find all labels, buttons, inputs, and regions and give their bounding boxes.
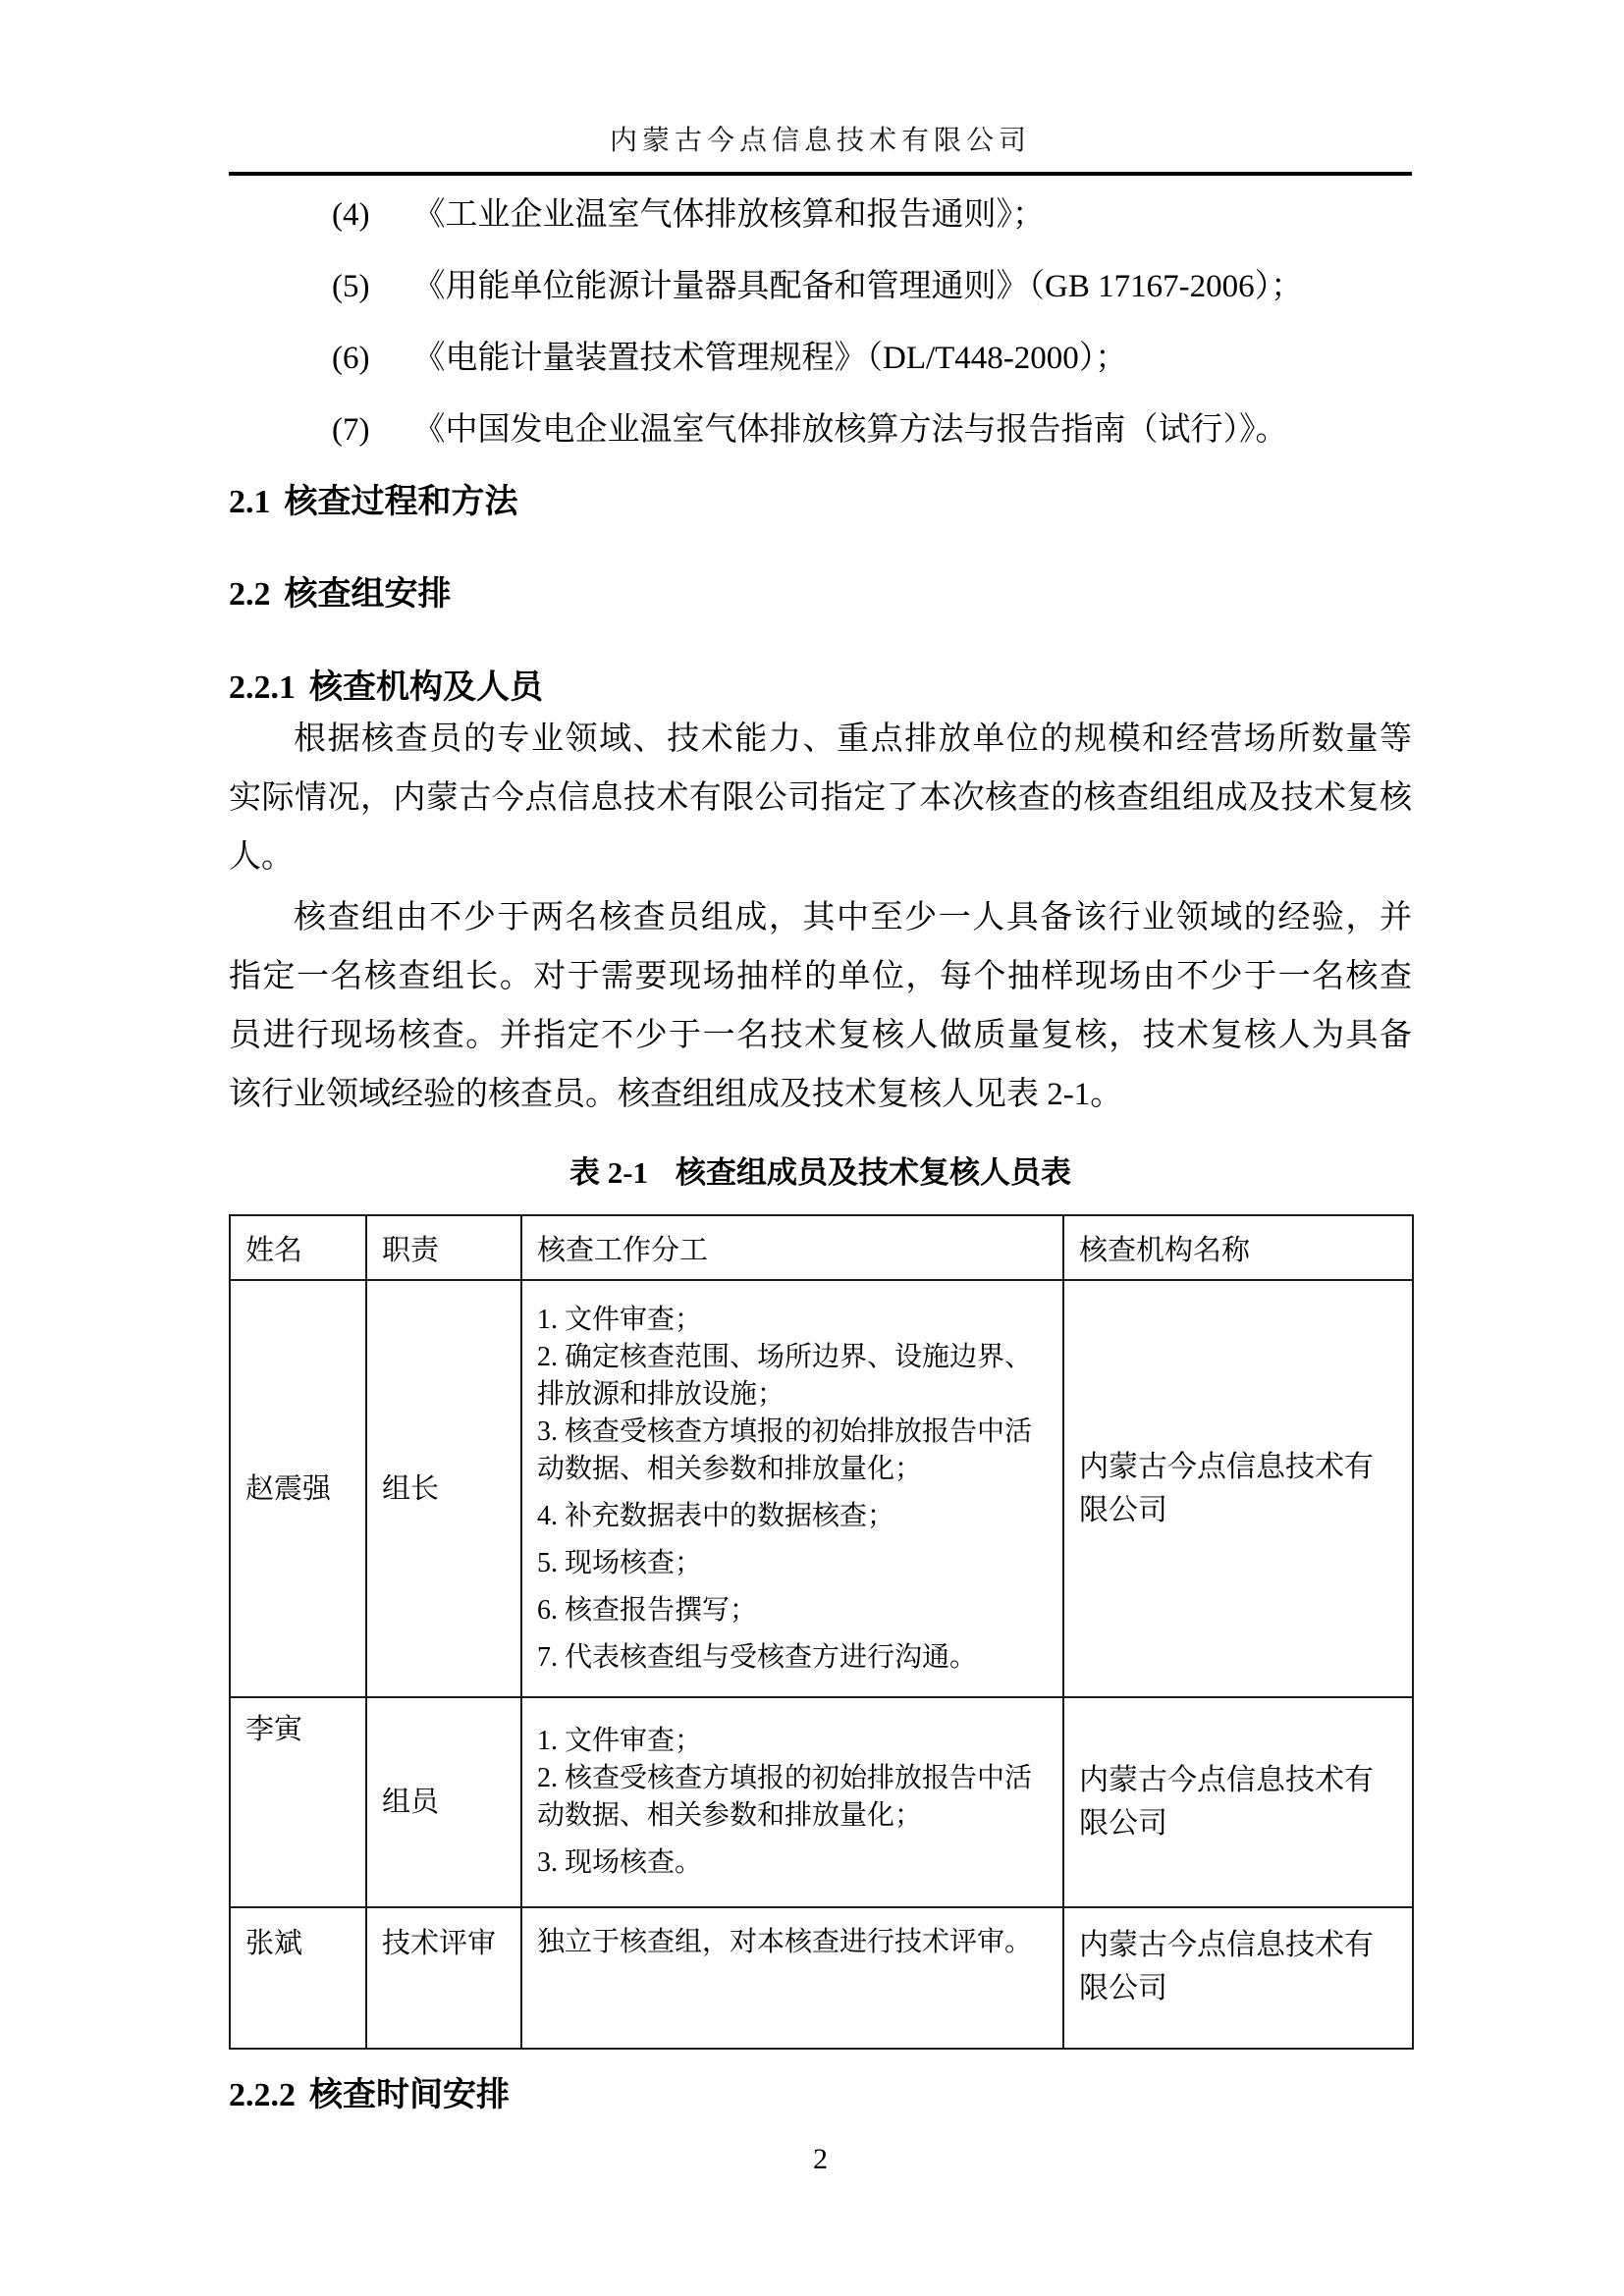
paragraph-line: 该行业领域经验的核查员。核查组组成及技术复核人见表 2-1。 (229, 1065, 1412, 1124)
paragraph-1: 根据核查员的专业领域、技术能力、重点排放单位的规模和经营场所数量等 实际情况，内… (229, 710, 1412, 886)
section-heading-2-2-2: 2.2.2核查时间安排 (229, 2073, 1412, 2117)
reference-item-text: 《电能计量装置技术管理规程》（DL/T448-2000）； (412, 341, 1127, 376)
duty-item: 7. 代表核查组与受核查方进行沟通。 (537, 1639, 1048, 1677)
reference-item-number: (7) (332, 412, 369, 448)
member-org-cell: 内蒙古今点信息技术有限公司 (1063, 1907, 1413, 2049)
member-role-cell: 组长 (366, 1280, 521, 1697)
document-header-company: 内蒙古今点信息技术有限公司 (229, 122, 1412, 161)
member-name: 赵震强 (245, 1469, 351, 1509)
heading-number: 2.2.1 (229, 669, 296, 706)
member-name-cell: 李寅 (230, 1697, 366, 1907)
column-header-name: 姓名 (230, 1215, 366, 1280)
member-org-cell: 内蒙古今点信息技术有限公司 (1063, 1697, 1413, 1907)
member-org: 内蒙古今点信息技术有限公司 (1079, 1924, 1397, 2010)
reference-item-text: 《用能单位能源计量器具配备和管理通则》（GB 17167-2006）； (412, 269, 1303, 304)
page-content: 内蒙古今点信息技术有限公司 (4)《工业企业温室气体排放核算和报告通则》； (5… (229, 0, 1412, 2181)
table-row: 赵震强 组长 1. 文件审查； 2. 确定核查范围、场所边界、设施边界、排放源和… (230, 1280, 1413, 1697)
table-row: 李寅 组员 1. 文件审查； 2. 核查受核查方填报的初始排放报告中活动数据、相… (230, 1697, 1413, 1907)
paragraph-line: 员进行现场核查。并指定不少于一名技术复核人做质量复核，技术复核人为具备 (229, 1006, 1412, 1065)
reference-item: (4)《工业企业温室气体排放核算和报告通则》； (229, 193, 1412, 237)
table-row: 张斌 技术评审 独立于核查组，对本核查进行技术评审。 内蒙古今点信息技术有限公司 (230, 1907, 1413, 2049)
member-name-cell: 张斌 (230, 1907, 366, 2049)
verification-team-table: 姓名 职责 核查工作分工 核查机构名称 赵震强 组长 1. 文件审查； (229, 1214, 1414, 2050)
duty-item: 2. 确定核查范围、场所边界、设施边界、排放源和排放设施； (537, 1339, 1048, 1414)
paragraph-line: 人。 (229, 828, 1412, 886)
heading-text: 核查组安排 (285, 575, 452, 613)
reference-item-text: 《中国发电企业温室气体排放核算方法与报告指南（试行）》。 (412, 412, 1287, 448)
paragraph-line: 指定一名核查组长。对于需要现场抽样的单位，每个抽样现场由不少于一名核查 (229, 947, 1412, 1006)
member-role: 组长 (382, 1469, 506, 1509)
member-role: 组员 (382, 1783, 506, 1822)
duty-item: 3. 核查受核查方填报的初始排放报告中活动数据、相关参数和排放量化； (537, 1414, 1048, 1488)
duty-item: 6. 核查报告撰写； (537, 1592, 1048, 1629)
section-heading-2-2: 2.2核查组安排 (229, 572, 1412, 616)
member-duties-cell: 1. 文件审查； 2. 确定核查范围、场所边界、设施边界、排放源和排放设施； 3… (521, 1280, 1063, 1697)
reference-item: (7)《中国发电企业温室气体排放核算方法与报告指南（试行）》。 (229, 408, 1412, 452)
reference-item-text: 《工业企业温室气体排放核算和报告通则》； (412, 197, 1045, 233)
member-role-cell: 技术评审 (366, 1907, 521, 2049)
table-caption-text: 核查组成员及技术复核人员表 (676, 1155, 1071, 1190)
duty-item: 1. 文件审查； (537, 1302, 1048, 1339)
paragraph-line: 实际情况，内蒙古今点信息技术有限公司指定了本次核查的核查组组成及技术复核 (229, 769, 1412, 828)
member-name-cell: 赵震强 (230, 1280, 366, 1697)
table-caption-number: 表 2-1 (569, 1155, 648, 1190)
section-heading-2-1: 2.1核查过程和方法 (229, 480, 1412, 524)
reference-item-number: (6) (332, 341, 369, 376)
paragraph-line: 核查组由不少于两名核查员组成，其中至少一人具备该行业领域的经验，并 (229, 888, 1412, 947)
member-duties-cell: 独立于核查组，对本核查进行技术评审。 (521, 1907, 1063, 2049)
column-header-role: 职责 (366, 1215, 521, 1280)
heading-text: 核查机构及人员 (309, 668, 543, 706)
reference-list: (4)《工业企业温室气体排放核算和报告通则》； (5)《用能单位能源计量器具配备… (229, 193, 1412, 452)
table-header-row: 姓名 职责 核查工作分工 核查机构名称 (230, 1215, 1413, 1280)
heading-text: 核查过程和方法 (285, 483, 518, 520)
table-caption: 表 2-1核查组成员及技术复核人员表 (229, 1151, 1412, 1195)
paragraph-line: 根据核查员的专业领域、技术能力、重点排放单位的规模和经营场所数量等 (229, 710, 1412, 769)
column-header-duty: 核查工作分工 (521, 1215, 1063, 1280)
column-header-org: 核查机构名称 (1063, 1215, 1413, 1280)
duty-item: 1. 文件审查； (537, 1723, 1048, 1760)
reference-item: (5)《用能单位能源计量器具配备和管理通则》（GB 17167-2006）； (229, 265, 1412, 308)
member-role: 技术评审 (382, 1924, 506, 1963)
reference-item-number: (5) (332, 269, 369, 304)
member-name: 张斌 (245, 1924, 351, 1963)
member-org-cell: 内蒙古今点信息技术有限公司 (1063, 1280, 1413, 1697)
page-number: 2 (229, 2138, 1412, 2181)
heading-number: 2.2.2 (229, 2077, 296, 2113)
member-org: 内蒙古今点信息技术有限公司 (1079, 1759, 1397, 1845)
duty-item: 独立于核查组，对本核查进行技术评审。 (537, 1924, 1048, 1961)
duty-item: 3. 现场核查。 (537, 1844, 1048, 1882)
reference-item-number: (4) (332, 197, 369, 233)
section-heading-2-2-1: 2.2.1核查机构及人员 (229, 666, 1412, 710)
heading-text: 核查时间安排 (309, 2076, 510, 2113)
member-org: 内蒙古今点信息技术有限公司 (1079, 1446, 1397, 1532)
member-role-cell: 组员 (366, 1697, 521, 1907)
duty-item: 4. 补充数据表中的数据核查； (537, 1498, 1048, 1535)
duty-item: 2. 核查受核查方填报的初始排放报告中活动数据、相关参数和排放量化； (537, 1760, 1048, 1835)
reference-item: (6)《电能计量装置技术管理规程》（DL/T448-2000）； (229, 337, 1412, 380)
member-duties-cell: 1. 文件审查； 2. 核查受核查方填报的初始排放报告中活动数据、相关参数和排放… (521, 1697, 1063, 1907)
heading-number: 2.1 (229, 484, 271, 520)
paragraph-2: 核查组由不少于两名核查员组成，其中至少一人具备该行业领域的经验，并 指定一名核查… (229, 888, 1412, 1124)
member-name: 李寅 (245, 1710, 351, 1749)
heading-number: 2.2 (229, 576, 271, 613)
duty-item: 5. 现场核查； (537, 1545, 1048, 1582)
document-page: 内蒙古今点信息技术有限公司 (4)《工业企业温室气体排放核算和报告通则》； (5… (0, 0, 1624, 2296)
header-divider-rule (229, 172, 1412, 176)
